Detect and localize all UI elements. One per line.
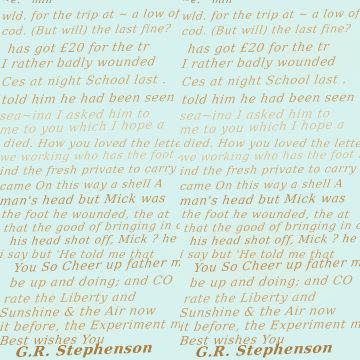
handwriting-line: we working who has the foot F bbox=[180, 148, 360, 164]
paper-tile: ~e. · minwld. for the trip at ~ a low of… bbox=[0, 0, 180, 360]
handwriting-line: i say but 'He told me that bbox=[0, 248, 156, 261]
handwriting-line: Sunshine & the Air now bbox=[180, 303, 337, 320]
handwriting-line: me to you which I hope a bbox=[0, 117, 166, 137]
handwriting-line: be up and doing; and CO bbox=[9, 273, 174, 290]
handwriting-line: Ces at night School last . bbox=[181, 72, 348, 89]
handwriting-line: ~e. · min bbox=[1, 0, 54, 6]
handwriting-line: I rather badly wounded bbox=[181, 54, 337, 71]
handwriting-line: the foot he wounded, the at bbox=[1, 208, 171, 221]
handwriting-line: came On this way a shell A bbox=[0, 177, 164, 193]
handwriting-line: cod. (But will) the last fine? bbox=[1, 22, 172, 38]
handwriting-line: came On this way a shell A bbox=[180, 177, 344, 193]
handwriting-line: Sunshine & the Air now bbox=[0, 303, 157, 320]
handwriting-line: rate the Liberty and bbox=[183, 290, 318, 306]
handwriting-line: that the good of bringing in our bbox=[3, 219, 180, 235]
handwriting-line: sea~ina I asked him to bbox=[0, 106, 152, 123]
handwriting-line: man's head but Mick was bbox=[180, 191, 347, 208]
handwriting-line: ~e. · min bbox=[181, 0, 234, 6]
handwriting-line: be up and doing; and CO bbox=[189, 273, 354, 290]
handwriting-line: G.R. Stephenson bbox=[15, 340, 154, 360]
handwriting-line: we working who has the foot F bbox=[0, 148, 180, 164]
handwriting-line: You So Cheer up father m bbox=[13, 255, 180, 275]
handwriting-line: wld. for the trip at ~ a low of bbox=[181, 7, 360, 23]
handwriting-line: ind the fresh private to carry m bbox=[180, 162, 360, 178]
handwriting-line: his head shot off, Mick ? he bbox=[9, 232, 178, 248]
handwriting-line: it before, the Experiment m bbox=[180, 317, 360, 334]
handwriting-line: the foot he wounded, the at bbox=[181, 208, 351, 221]
handwriting-line: Best wishes You bbox=[180, 332, 286, 348]
handwriting-line: Ces at night School last . bbox=[1, 72, 168, 89]
handwriting-line: that the good of bringing in our bbox=[183, 219, 360, 235]
handwriting-line: has got £20 for the tr bbox=[187, 40, 331, 57]
handwriting-line: ind the fresh private to carry m bbox=[0, 162, 180, 178]
handwriting-line: cod. (But will) the last fine? bbox=[181, 22, 352, 38]
handwriting-line: You So Cheer up father m bbox=[193, 255, 360, 275]
handwriting-line: died. How you loved the letter: bbox=[183, 137, 360, 150]
handwriting-line: rate the Liberty and bbox=[3, 290, 138, 306]
handwriting-line: Best wishes You bbox=[0, 332, 106, 348]
handwriting-line: told him he had been seen q bbox=[181, 90, 360, 107]
handwriting-line: told him he had been seen q bbox=[1, 90, 180, 107]
handwriting-line: it before, the Experiment m bbox=[0, 317, 180, 334]
handwriting-line: has got £20 for the tr bbox=[7, 40, 151, 57]
paper-tile: ~e. · minwld. for the trip at ~ a low of… bbox=[180, 0, 360, 360]
handwriting-line: I rather badly wounded bbox=[1, 54, 157, 71]
handwriting-line: G.R. Stephenson bbox=[195, 340, 334, 360]
handwriting-line: his head shot off, Mick ? he bbox=[189, 232, 358, 248]
handwriting-line: sea~ina I asked him to bbox=[180, 106, 332, 123]
handwriting-line: died. How you loved the letter: bbox=[3, 137, 180, 150]
handwriting-line: wld. for the trip at ~ a low of bbox=[1, 7, 180, 23]
handwriting-line: me to you which I hope a bbox=[180, 117, 346, 137]
handwriting-line: i say but 'He told me that bbox=[180, 248, 336, 261]
scrapbook-paper-background: ~e. · minwld. for the trip at ~ a low of… bbox=[0, 0, 360, 360]
handwriting-line: man's head but Mick was bbox=[0, 191, 167, 208]
